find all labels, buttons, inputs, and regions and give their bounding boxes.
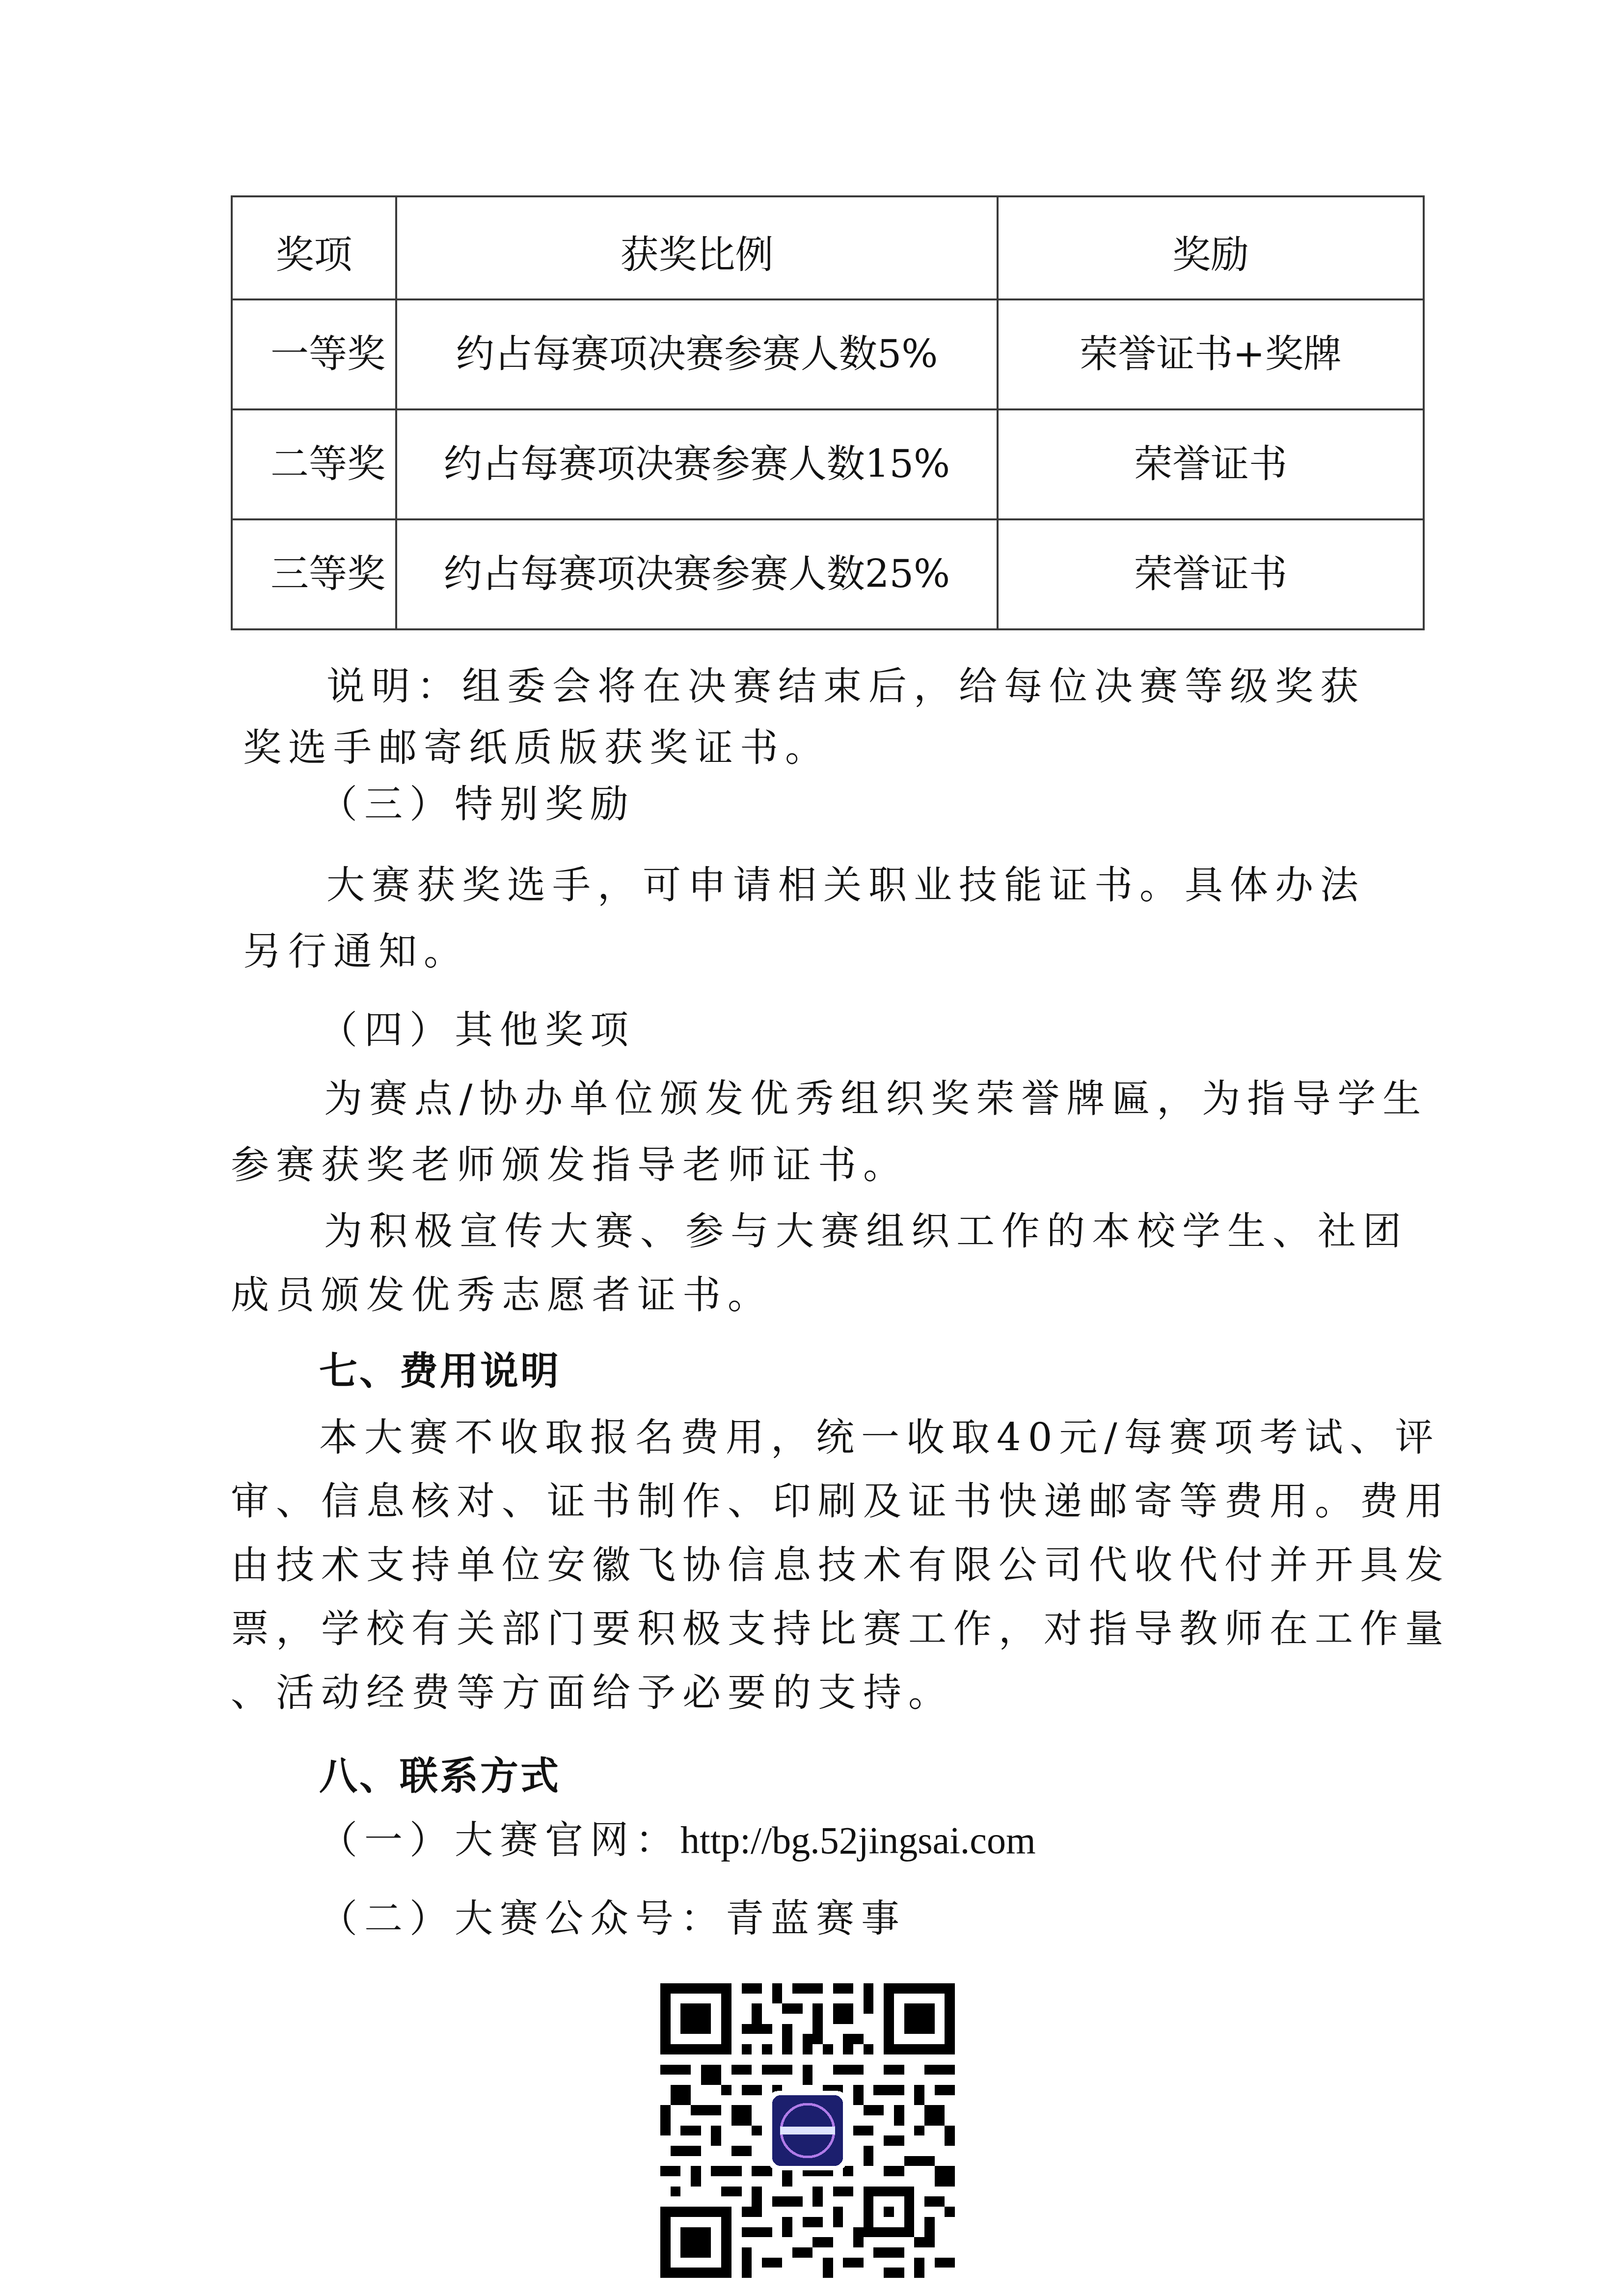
document-page: 奖项 获奖比例 奖励 一等奖 约占每赛项决赛参赛人数5% 荣誉证书+奖牌 二等奖…: [0, 0, 1624, 2296]
award-ratio: 约占每赛项决赛参赛人数25%: [396, 519, 998, 629]
award-reward: 荣誉证书: [998, 519, 1424, 629]
other-awards-p2-line-1: 为积极宣传大赛、参与大赛组织工作的本校学生、社团: [324, 1213, 1408, 1251]
special-awards-line-1: 大赛获奖选手，可申请相关职业技能证书。具体办法: [326, 866, 1365, 905]
note-line-1: 说明：组委会将在决赛结束后，给每位决赛等级奖获: [326, 668, 1365, 706]
award-reward: 荣誉证书: [998, 409, 1424, 519]
award-table-header: 奖项 获奖比例 奖励: [232, 196, 1424, 299]
header-reward: 奖励: [998, 196, 1424, 299]
note-line-2: 奖选手邮寄纸质版获奖证书。: [243, 729, 830, 767]
wechat-line: （二）大赛公众号：青蓝赛事: [319, 1900, 906, 1938]
award-table: 奖项 获奖比例 奖励 一等奖 约占每赛项决赛参赛人数5% 荣誉证书+奖牌 二等奖…: [231, 195, 1425, 630]
fees-line-3: 由技术支持单位安徽飞协信息技术有限公司代收代付并开具发: [231, 1546, 1450, 1585]
website-link[interactable]: http://bg.52jingsai.com: [680, 1819, 1036, 1862]
qr-code-icon: [660, 1983, 955, 2278]
wechat-qr-code: [660, 1983, 955, 2278]
other-awards-heading: （四）其他奖项: [319, 1011, 635, 1050]
award-name: 二等奖: [232, 409, 396, 519]
other-awards-p1-line-1: 为赛点/协办单位颁发优秀组织奖荣誉牌匾，为指导学生: [324, 1080, 1428, 1118]
fees-line-1: 本大赛不收取报名费用，统一收取40元/每赛项考试、评: [319, 1419, 1440, 1457]
fees-heading: 七、费用说明: [319, 1352, 561, 1391]
fees-line-5: 、活动经费等方面给予必要的支持。: [231, 1674, 953, 1712]
table-row: 一等奖 约占每赛项决赛参赛人数5% 荣誉证书+奖牌: [232, 299, 1424, 409]
website-label: （一）大赛官网：: [319, 1818, 680, 1863]
special-awards-heading: （三）特别奖励: [319, 785, 635, 824]
award-ratio: 约占每赛项决赛参赛人数15%: [396, 409, 998, 519]
special-awards-line-2: 另行通知。: [243, 933, 469, 971]
award-name: 三等奖: [232, 519, 396, 629]
table-row: 二等奖 约占每赛项决赛参赛人数15% 荣誉证书: [232, 409, 1424, 519]
fees-line-4: 票，学校有关部门要积极支持比赛工作，对指导教师在工作量: [231, 1610, 1450, 1648]
award-ratio: 约占每赛项决赛参赛人数5%: [396, 299, 998, 409]
contact-heading: 八、联系方式: [319, 1757, 561, 1796]
table-row: 三等奖 约占每赛项决赛参赛人数25% 荣誉证书: [232, 519, 1424, 629]
award-reward: 荣誉证书+奖牌: [998, 299, 1424, 409]
fees-line-2: 审、信息核对、证书制作、印刷及证书快递邮寄等费用。费用: [231, 1483, 1450, 1521]
header-ratio: 获奖比例: [396, 196, 998, 299]
other-awards-p2-line-2: 成员颁发优秀志愿者证书。: [231, 1276, 773, 1315]
award-name: 一等奖: [232, 299, 396, 409]
header-award: 奖项: [232, 196, 396, 299]
website-line: （一）大赛官网：http://bg.52jingsai.com: [319, 1821, 1036, 1860]
other-awards-p1-line-2: 参赛获奖老师颁发指导老师证书。: [231, 1146, 908, 1185]
